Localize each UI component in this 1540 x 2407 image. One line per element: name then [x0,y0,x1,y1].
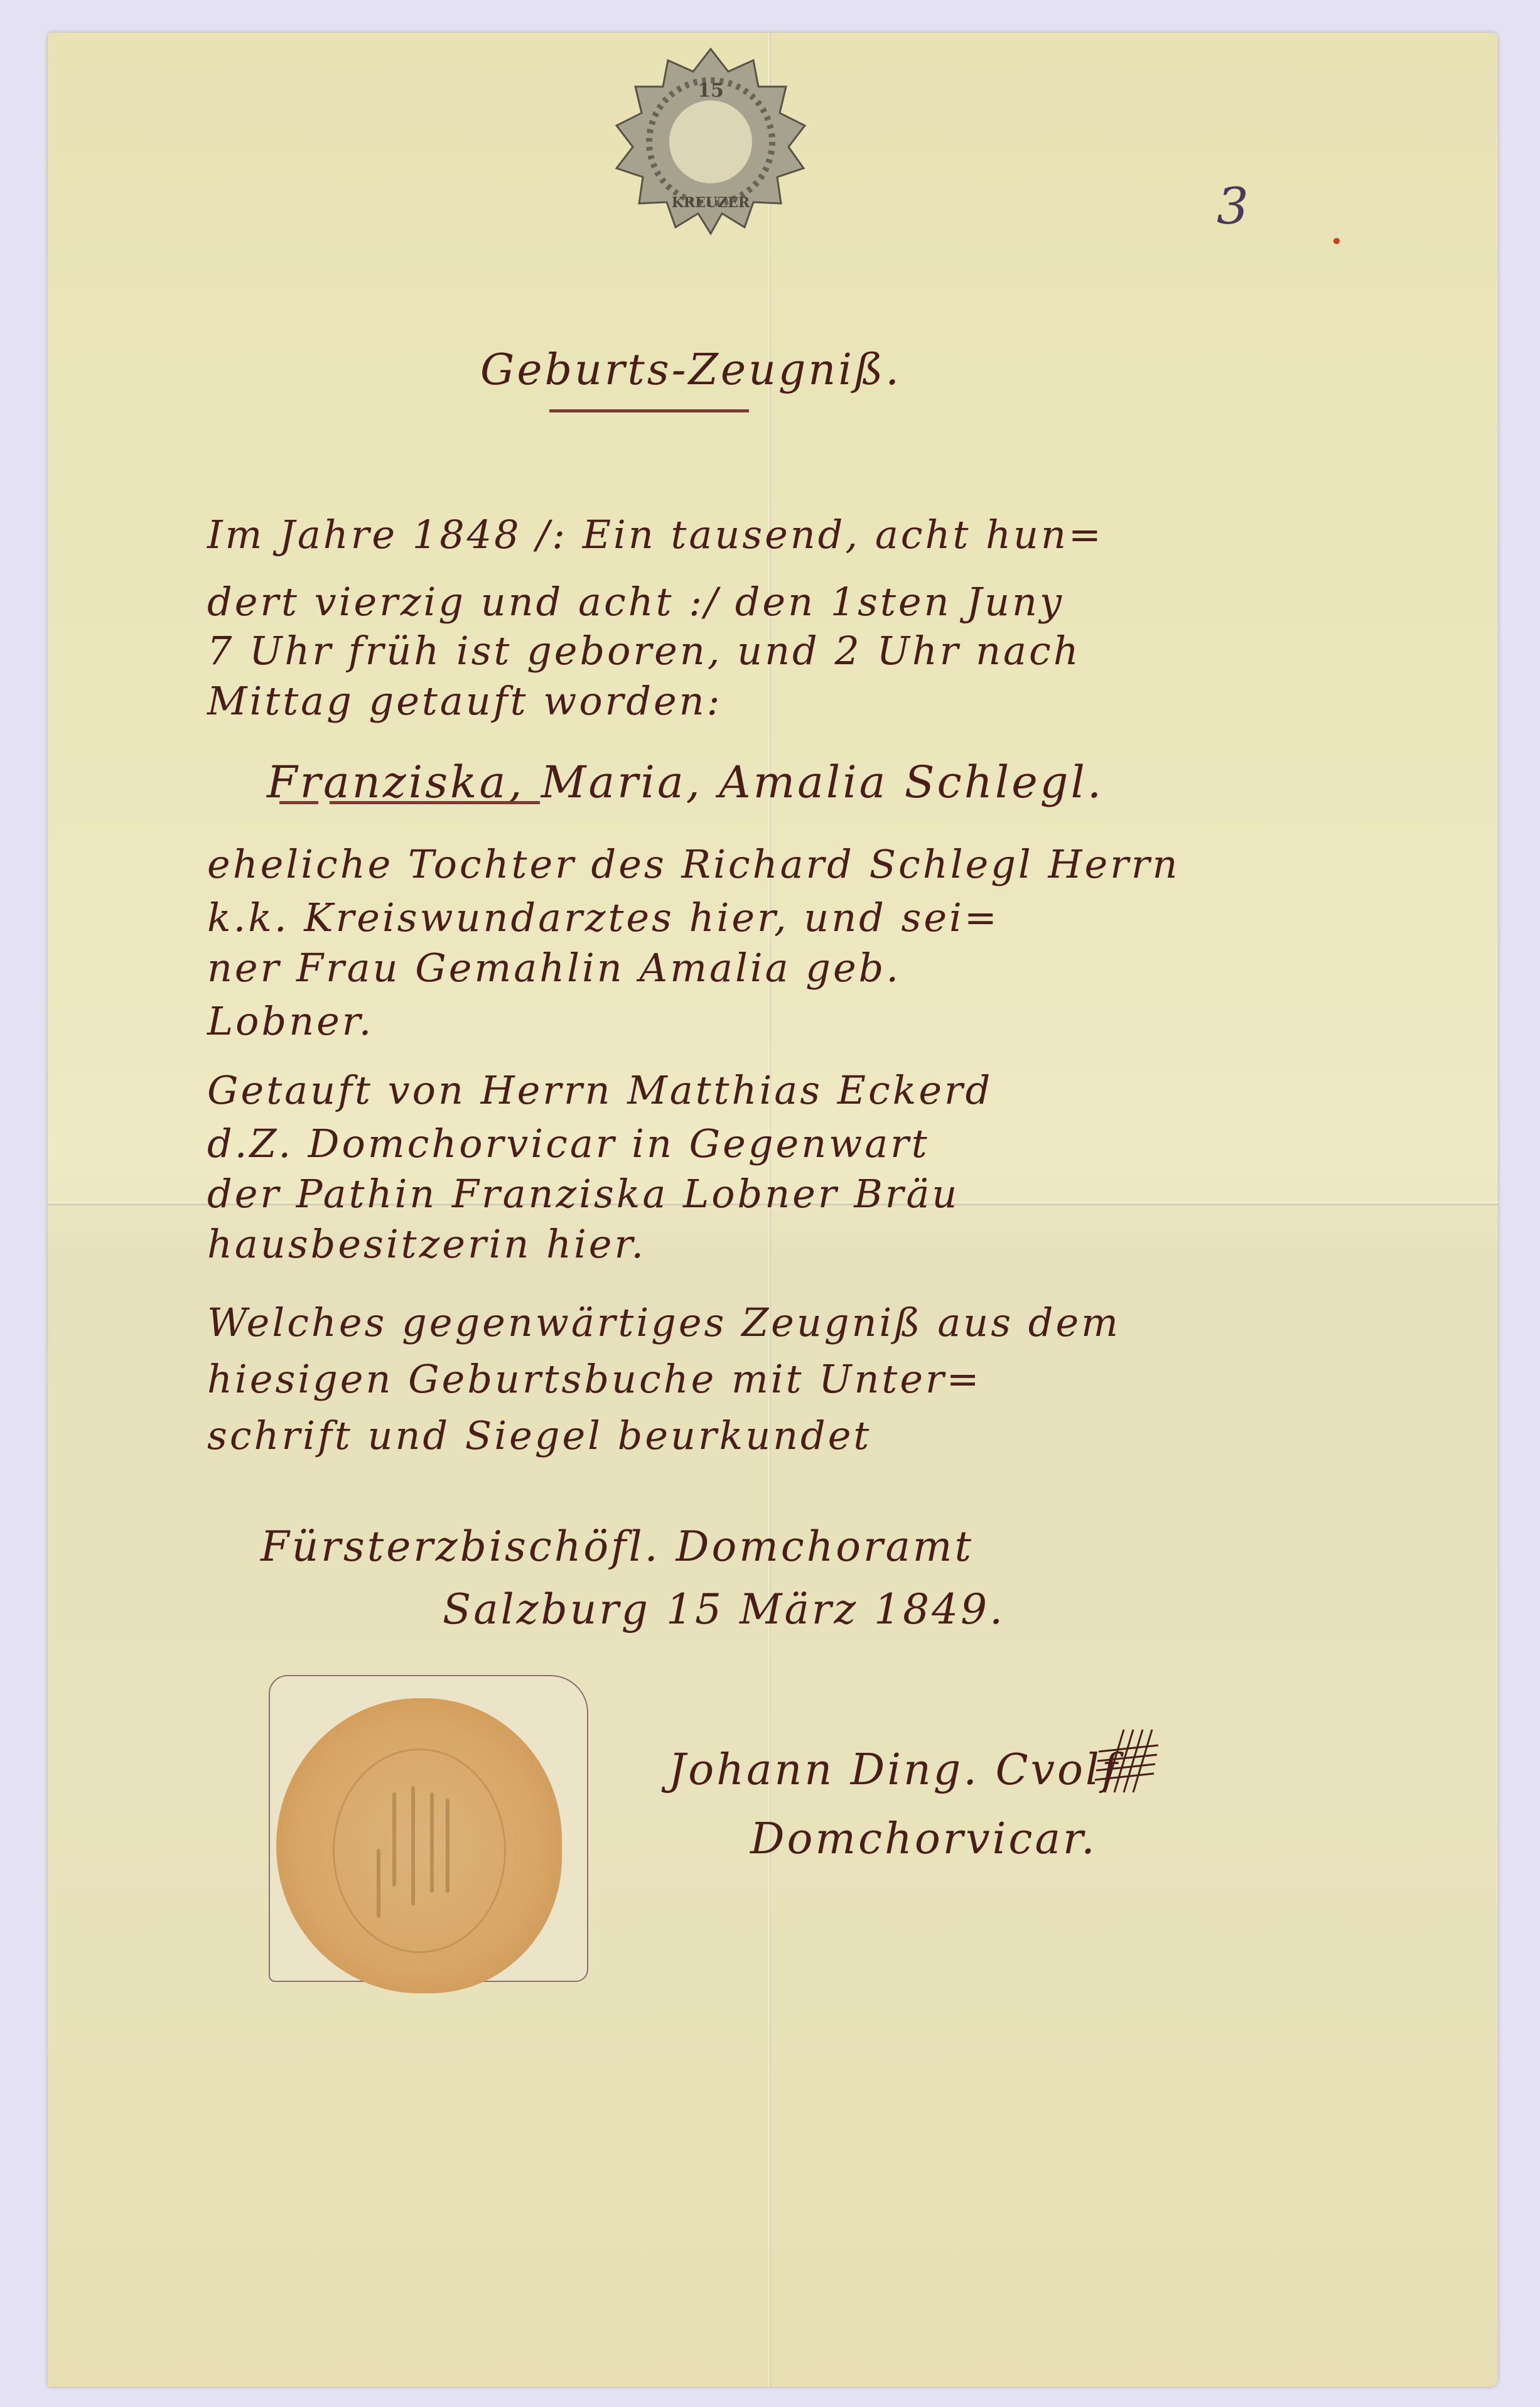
seal-mark [377,1849,380,1918]
stamp-icon: 15 KREUZER [610,48,811,236]
body-line-1: Im Jahre 1848 /: Ein tausend, acht hun= [207,512,1104,557]
godparent-line-2: d.Z. Domchorvicar in Gegenwart [207,1121,930,1166]
title-underline [549,409,749,412]
parents-line-4: Lobner. [207,998,374,1044]
svg-text:15: 15 [697,80,724,102]
attestation-line-3: schrift und Siegel beurkundet [207,1413,871,1458]
attestation-line-1: Welches gegenwärtiges Zeugniß aus dem [207,1300,1121,1345]
revenue-stamp: 15 KREUZER [610,48,811,236]
parents-line-3: ner Frau Gemahlin Amalia geb. [207,945,901,991]
seal-mark [430,1792,434,1893]
signature-title: Domchorvicar. [750,1814,1097,1864]
seal-mark [392,1792,396,1887]
godparent-line-4: hausbesitzerin hier. [207,1221,646,1267]
document-title: Geburts-Zeugniß. [480,345,902,395]
attestation-line-2: hiesigen Geburtsbuche mit Unter= [207,1356,982,1402]
body-line-4: Mittag getauft worden: [207,678,723,724]
godparent-line-1: Getauft von Herrn Matthias Eckerd [207,1067,993,1113]
page-number: 3 [1217,177,1249,235]
signature-name: Johann Ding. Cvolf [669,1745,1120,1795]
godparent-line-3: der Pathin Franziska Lobner Bräu [207,1171,959,1217]
body-line-2: dert vierzig und acht :/ den 1sten Juny [207,579,1064,625]
seal-mark [446,1799,450,1893]
signature-flourish-icon [1092,1717,1161,1799]
body-line-3: 7 Uhr früh ist geboren, und 2 Uhr nach [207,628,1081,674]
seal-mark [411,1786,415,1905]
place-date-line: Salzburg 15 März 1849. [443,1585,1005,1634]
red-ink-dot [1333,238,1340,244]
name-underline-2 [330,801,540,804]
name-underline-1 [279,801,318,804]
parents-line-2: k.k. Kreiswundarztes hier, und sei= [207,895,999,940]
svg-text:KREUZER: KREUZER [672,195,750,211]
parents-line-1: eheliche Tochter des Richard Schlegl Her… [207,841,1180,887]
wax-seal [276,1698,562,1993]
office-line: Fürsterzbischöfl. Domchoramt [261,1522,974,1571]
child-name: Franziska, Maria, Amalia Schlegl. [267,757,1104,808]
seal-impression [333,1748,506,1953]
